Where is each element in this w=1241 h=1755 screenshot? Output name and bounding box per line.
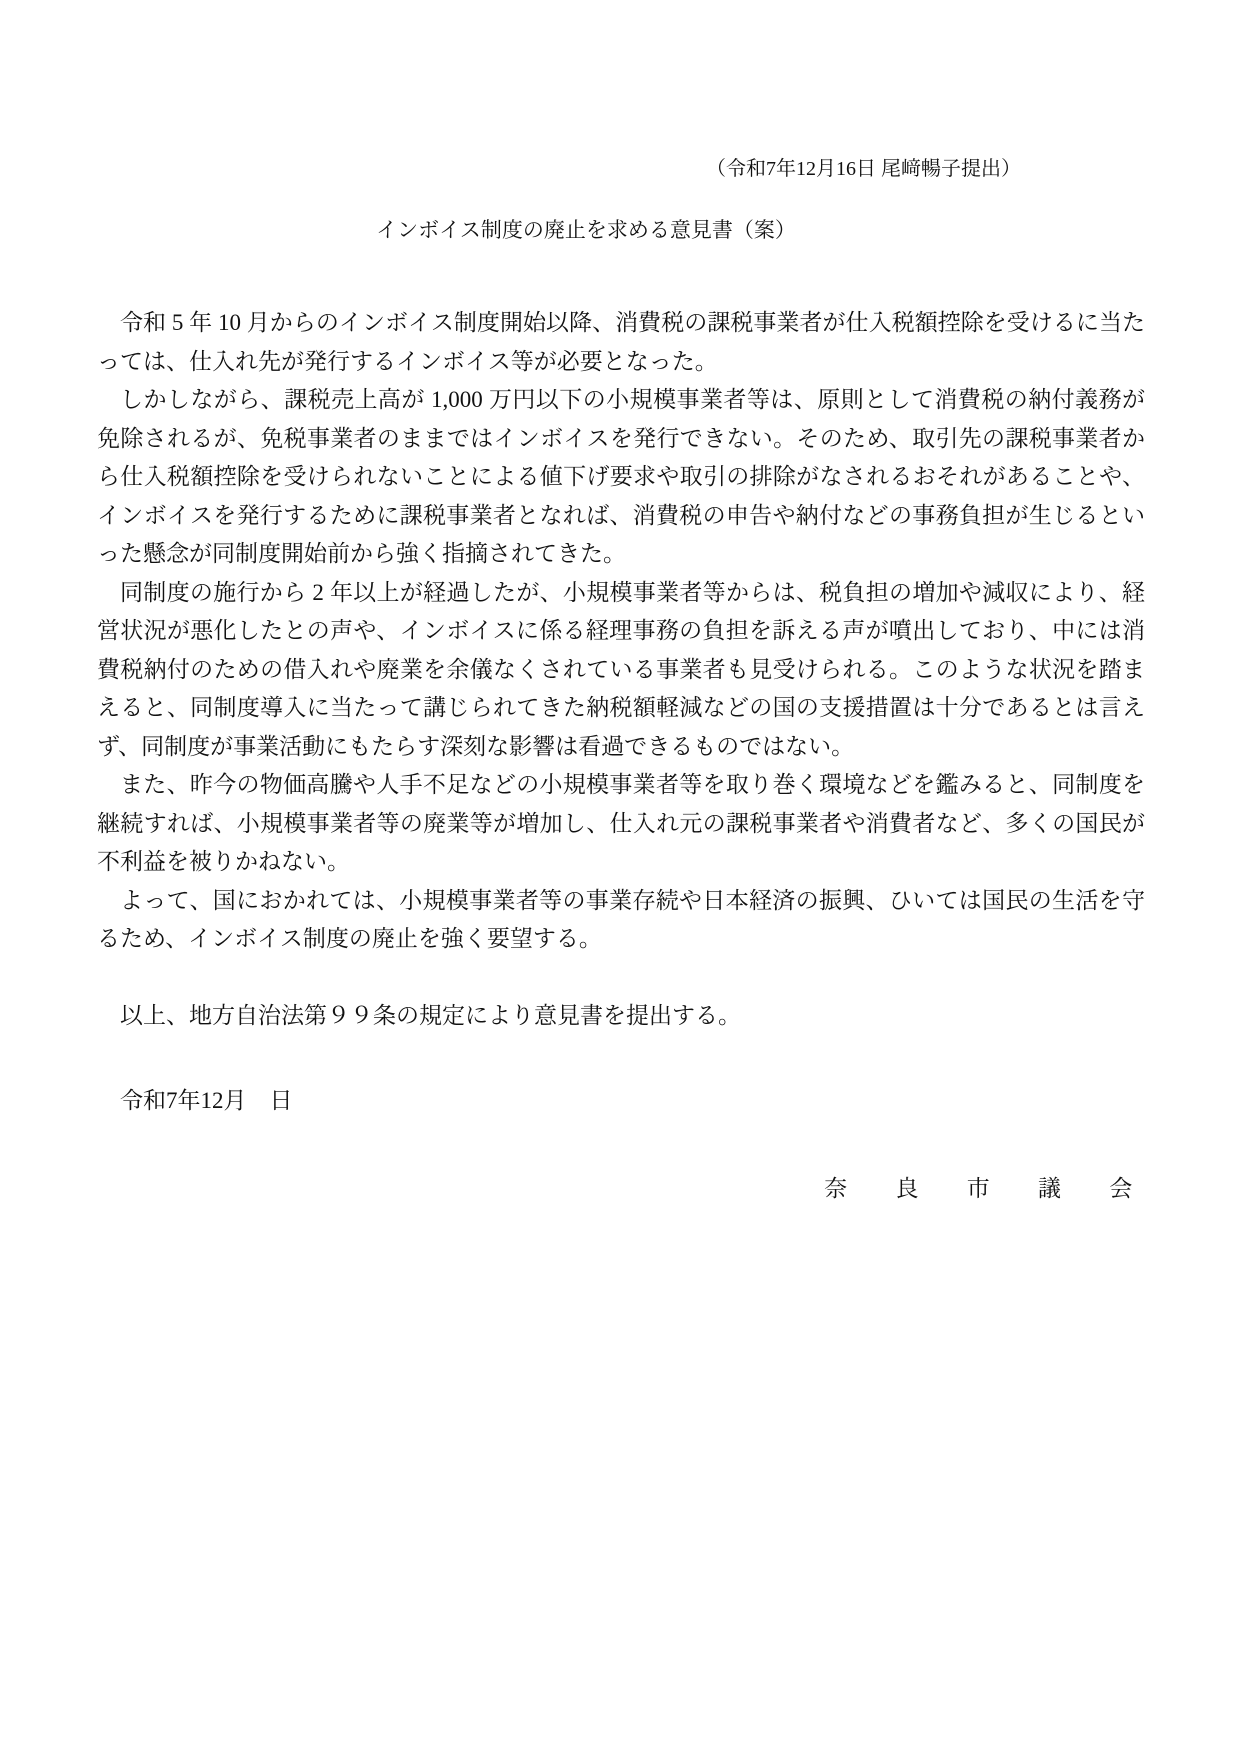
document-page: （令和7年12月16日 尾﨑暢子提出） インボイス制度の廃止を求める意見書（案）… (0, 0, 1241, 1755)
submission-note: （令和7年12月16日 尾﨑暢子提出） (97, 150, 1145, 189)
date-line: 令和7年12月 日 (97, 1082, 1145, 1121)
body-paragraph-1: 令和 5 年 10 月からのインボイス制度開始以降、消費税の課税事業者が仕入税額… (97, 304, 1145, 381)
closing-statement: 以上、地方自治法第９９条の規定により意見書を提出する。 (97, 997, 1145, 1036)
signature-nara-city-council: 奈 良 市 議 会 (97, 1170, 1145, 1209)
body-paragraph-5: よって、国におかれては、小規模事業者等の事業存続や日本経済の振興、ひいては国民の… (97, 882, 1145, 959)
document-body: 令和 5 年 10 月からのインボイス制度開始以降、消費税の課税事業者が仕入税額… (97, 304, 1145, 959)
body-paragraph-4: また、昨今の物価高騰や人手不足などの小規模事業者等を取り巻く環境などを鑑みると、… (97, 766, 1145, 882)
body-paragraph-3: 同制度の施行から 2 年以上が経過したが、小規模事業者等からは、税負担の増加や減… (97, 574, 1145, 767)
body-paragraph-2: しかしながら、課税売上高が 1,000 万円以下の小規模事業者等は、原則として消… (97, 381, 1145, 574)
document-title: インボイス制度の廃止を求める意見書（案） (97, 211, 1145, 250)
